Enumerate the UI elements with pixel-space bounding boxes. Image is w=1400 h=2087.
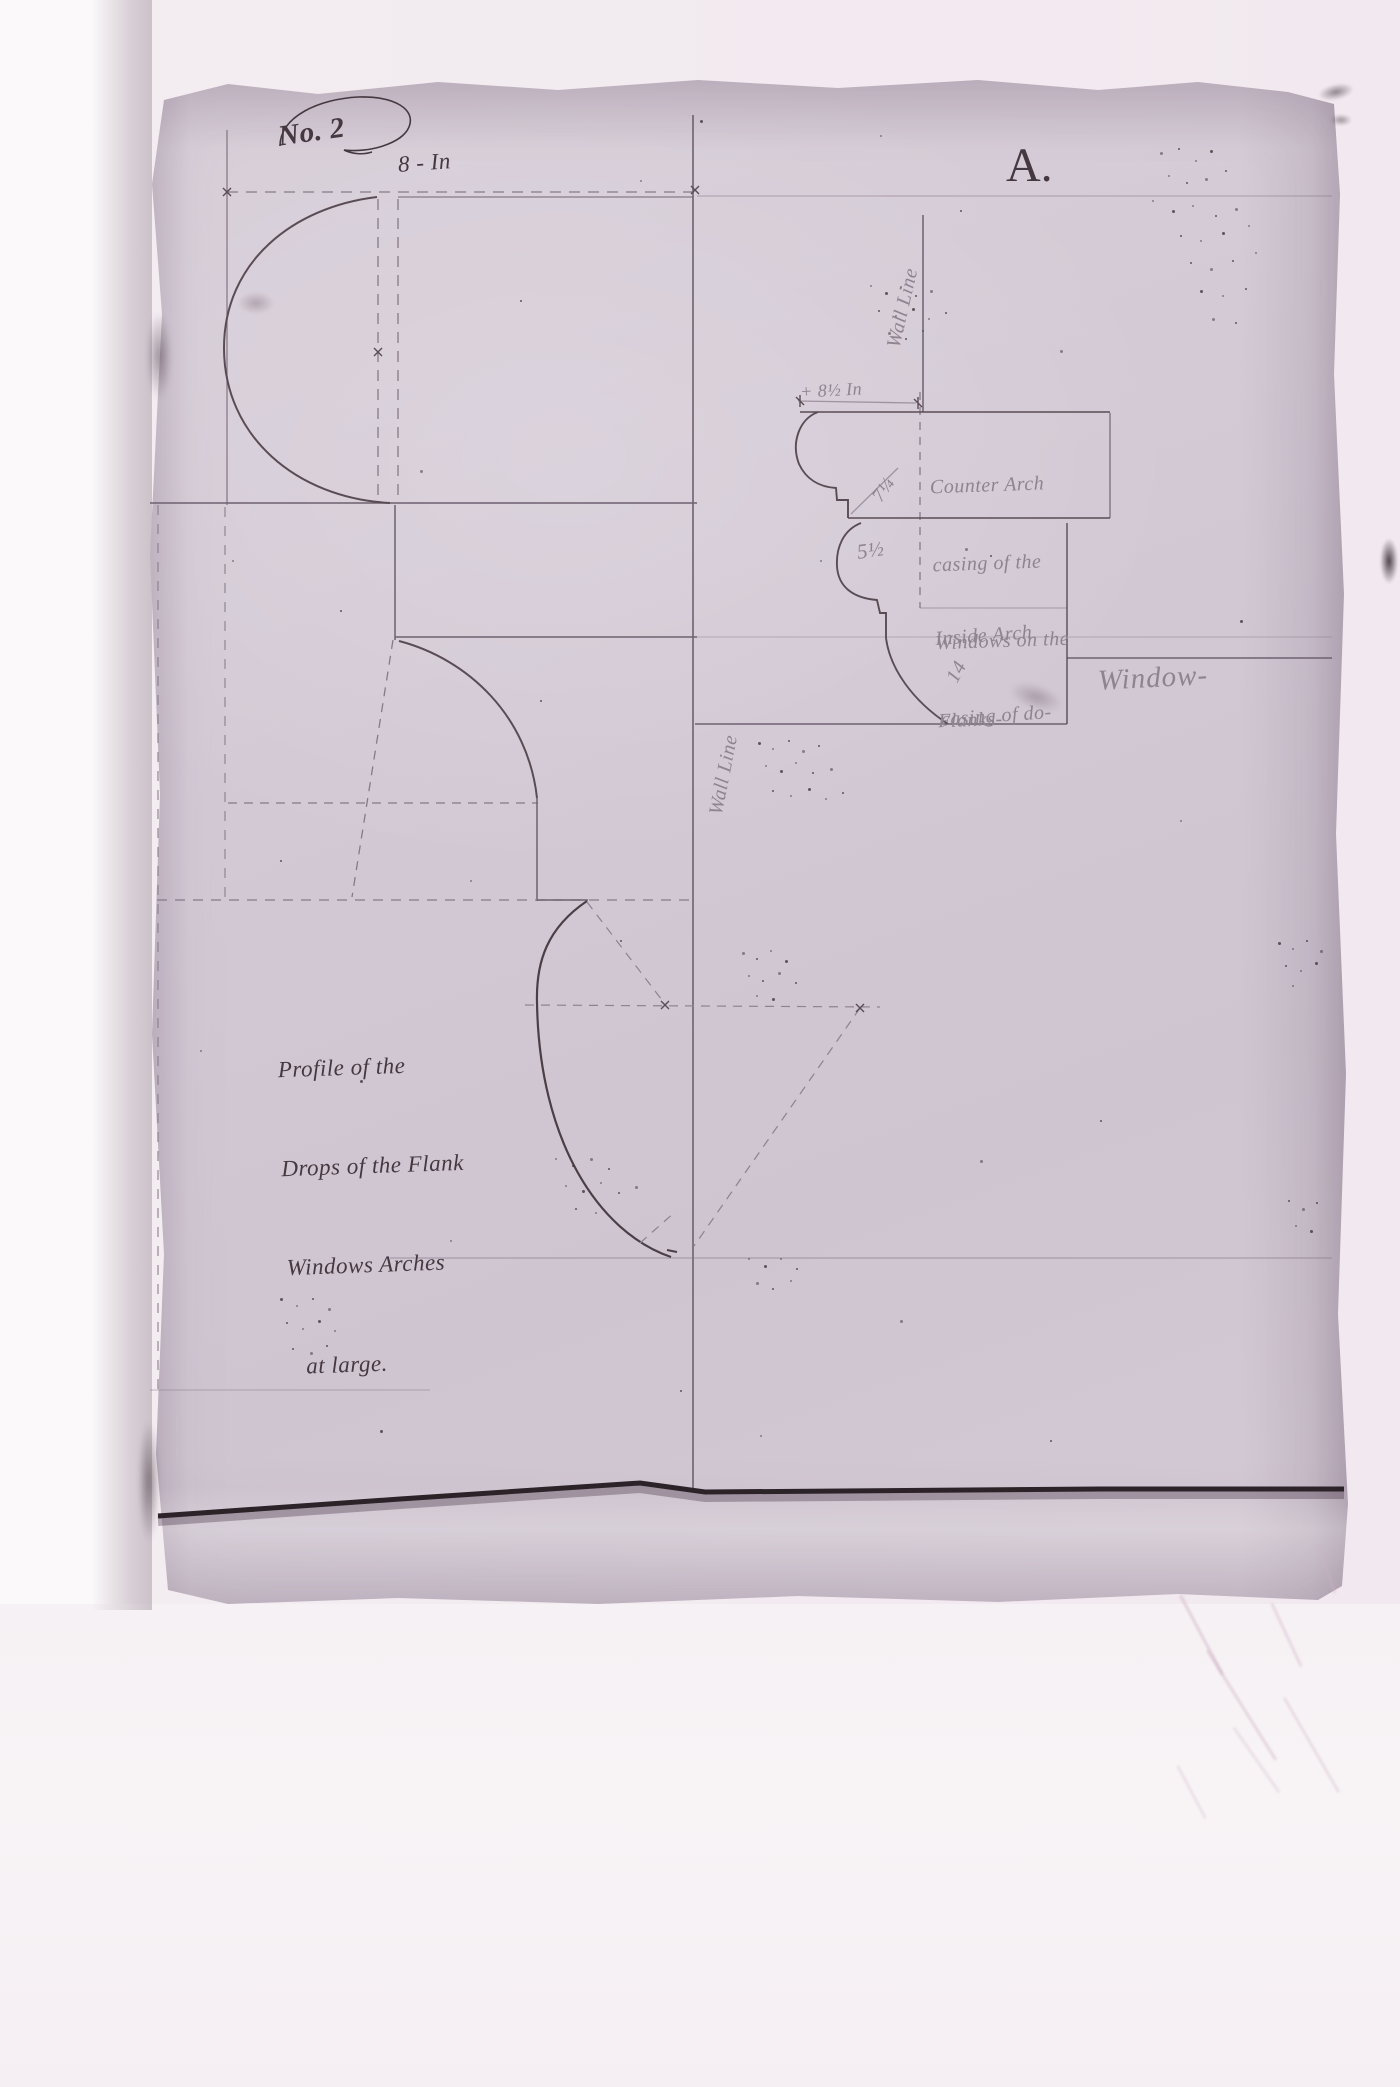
ink-speck — [1060, 350, 1063, 353]
ink-speck — [1240, 620, 1243, 623]
ink-speck — [340, 610, 342, 612]
ink-speck — [328, 1308, 331, 1311]
caption-line: Windows Arches — [284, 1245, 468, 1284]
ink-speck — [808, 788, 811, 791]
ink-speck — [1245, 288, 1247, 290]
window-label: Window- — [1097, 659, 1209, 698]
caption: Profile of the Drops of the Flank Window… — [275, 981, 474, 1449]
ink-speck — [1195, 160, 1197, 162]
ink-speck — [600, 1182, 602, 1184]
ink-speck — [880, 135, 882, 137]
ink-speck — [1172, 210, 1175, 213]
ink-speck — [1285, 965, 1287, 967]
counter-arch-label-line: Counter Arch — [930, 470, 1064, 501]
ink-speck — [1316, 1202, 1318, 1204]
ink-speck — [635, 1186, 638, 1189]
ink-speck — [520, 300, 522, 302]
ink-speck — [945, 312, 947, 314]
ink-speck — [812, 772, 814, 774]
ink-speck — [742, 952, 745, 955]
ink-speck — [825, 798, 827, 800]
ink-speck — [1288, 1200, 1290, 1202]
ink-speck — [1210, 268, 1213, 271]
ink-speck — [830, 768, 833, 771]
ink-speck — [450, 1240, 452, 1242]
ink-speck — [1255, 252, 1257, 254]
ink-speck — [1180, 820, 1182, 822]
ink-speck — [1190, 262, 1192, 264]
ink-speck — [292, 1348, 294, 1350]
ink-speck — [1292, 985, 1294, 987]
ink-speck — [1278, 942, 1281, 945]
ink-speck — [990, 555, 992, 557]
ink-speck — [878, 310, 880, 312]
ink-speck — [795, 762, 797, 764]
ink-speck — [334, 1330, 336, 1332]
ink-speck — [818, 745, 820, 747]
ink-speck — [780, 1258, 782, 1260]
ink-speck — [980, 1160, 983, 1163]
ink-speck — [1222, 232, 1225, 235]
corner-deckle-mark — [1330, 114, 1352, 126]
ink-speck — [700, 120, 703, 123]
ink-speck — [960, 210, 962, 212]
ink-speck — [326, 1345, 328, 1347]
ink-speck — [555, 1158, 557, 1160]
ink-speck — [232, 560, 234, 562]
ink-speck — [1300, 970, 1302, 972]
dim-mid-label: 5½ — [855, 536, 885, 565]
inside-arch-label-line: Inside Arch — [934, 618, 1047, 653]
ink-speck — [900, 286, 902, 288]
ink-speck — [572, 1165, 574, 1167]
ink-speck — [1192, 205, 1194, 207]
ink-speck — [764, 1265, 767, 1268]
ink-speck — [1205, 178, 1208, 181]
ink-speck — [965, 548, 968, 551]
ink-speck — [1222, 295, 1224, 297]
ink-speck — [1295, 1225, 1297, 1227]
ink-speck — [1310, 1230, 1313, 1233]
ink-speck — [620, 940, 622, 942]
backdrop-lower — [0, 1604, 1400, 2087]
dim-top-label: + 8½ In — [799, 378, 862, 402]
ink-speck — [772, 790, 774, 792]
ink-speck — [900, 1320, 903, 1323]
ink-speck — [1200, 290, 1203, 293]
ink-speck — [1210, 150, 1213, 153]
ink-speck — [756, 995, 758, 997]
ink-speck — [928, 318, 930, 320]
ink-speck — [930, 290, 933, 293]
ink-speck — [1180, 235, 1182, 237]
ink-speck — [758, 742, 761, 745]
ink-speck — [772, 998, 775, 1001]
ink-speck — [595, 1212, 597, 1214]
ink-speck — [778, 972, 781, 975]
photographed-drawing-sheet: No. 2 8 - In A. Profile of the Drops of … — [0, 0, 1400, 2087]
ink-speck — [790, 1280, 792, 1282]
ink-speck — [772, 748, 774, 750]
ink-speck — [780, 770, 783, 773]
ink-speck — [590, 1158, 593, 1161]
ink-speck — [1160, 152, 1163, 155]
ink-speck — [420, 470, 423, 473]
ink-speck — [200, 1050, 202, 1052]
ink-speck — [1212, 318, 1215, 321]
ink-speck — [1225, 170, 1227, 172]
ink-speck — [302, 1328, 304, 1330]
ink-speck — [756, 1282, 759, 1285]
ink-speck — [1050, 1440, 1052, 1442]
ink-speck — [540, 700, 542, 702]
ink-speck — [915, 295, 917, 297]
ink-speck — [310, 1352, 313, 1355]
ink-speck — [905, 338, 907, 340]
ink-speck — [788, 740, 790, 742]
ink-speck — [1215, 215, 1217, 217]
ink-speck — [765, 765, 767, 767]
ink-speck — [280, 860, 282, 862]
ink-speck — [470, 880, 472, 882]
ink-speck — [1248, 225, 1250, 227]
ink-speck — [1178, 148, 1180, 150]
ink-speck — [785, 960, 788, 963]
ink-speck — [608, 1168, 610, 1170]
ink-speck — [795, 982, 797, 984]
ink-speck — [895, 315, 897, 317]
ink-speck — [885, 292, 888, 295]
ink-speck — [790, 795, 792, 797]
ink-speck — [802, 750, 805, 753]
ink-speck — [380, 1430, 383, 1433]
ink-speck — [640, 180, 642, 182]
ink-speck — [748, 1258, 750, 1260]
edge-stain — [146, 312, 172, 400]
corner-deckle-mark — [1317, 80, 1356, 103]
ink-speck — [286, 1322, 288, 1324]
ink-speck — [575, 1208, 577, 1210]
ink-speck — [1302, 1208, 1305, 1211]
caption-line: Profile of the — [277, 1047, 461, 1086]
ink-speck — [296, 1305, 298, 1307]
caption-line: at large. — [288, 1344, 472, 1383]
ink-speck — [1235, 208, 1238, 211]
bottom-left-edge-shadow — [138, 1420, 160, 1542]
ink-speck — [1100, 1120, 1102, 1122]
ink-speck — [912, 308, 915, 311]
ink-speck — [1152, 200, 1154, 202]
ink-speck — [312, 1298, 314, 1300]
paper-smudge — [238, 292, 274, 314]
ink-speck — [922, 330, 924, 332]
ink-speck — [1168, 175, 1170, 177]
ink-speck — [1235, 322, 1237, 324]
top-dimension: 8 - In — [397, 148, 452, 178]
ink-speck — [1186, 182, 1188, 184]
ink-speck — [756, 958, 758, 960]
ink-speck — [870, 285, 872, 287]
ink-speck — [680, 1390, 682, 1392]
ink-speck — [582, 1190, 585, 1193]
ink-speck — [748, 975, 750, 977]
ink-speck — [360, 1080, 363, 1083]
ink-speck — [280, 1298, 283, 1301]
ink-speck — [1292, 948, 1294, 950]
paper-curl-highlight — [138, 1486, 1354, 1608]
paper-cast-shadow — [92, 0, 152, 1610]
ink-speck — [762, 980, 764, 982]
ink-speck — [1315, 962, 1318, 965]
ink-speck — [820, 560, 822, 562]
caption-line: Drops of the Flank — [281, 1146, 465, 1185]
ink-speck — [770, 950, 772, 952]
ink-speck — [318, 1320, 321, 1323]
ink-speck — [618, 1192, 620, 1194]
right-edge-blot — [1380, 538, 1398, 584]
ink-speck — [760, 1435, 762, 1437]
ink-speck — [772, 1288, 774, 1290]
sheet-letter: A. — [1006, 138, 1053, 193]
ink-speck — [565, 1185, 567, 1187]
ink-speck — [1306, 940, 1308, 942]
ink-speck — [1232, 260, 1234, 262]
ink-speck — [796, 1268, 798, 1270]
ink-speck — [1320, 950, 1323, 953]
ink-speck — [842, 792, 844, 794]
ink-speck — [888, 332, 891, 335]
ink-speck — [1200, 240, 1202, 242]
